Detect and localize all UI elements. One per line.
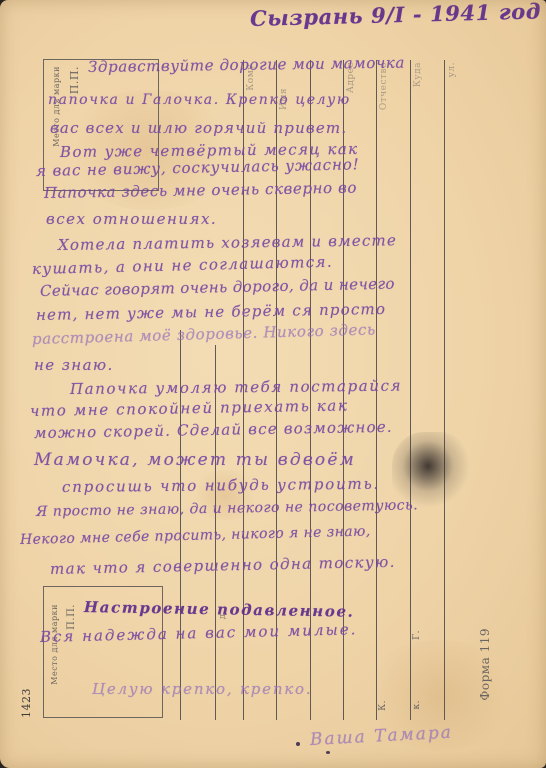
letter-line: Хотела платить хозяевам и вместе <box>58 231 397 254</box>
letter-line: можно скорей. Сделай все возможное. <box>34 418 393 442</box>
stamp-box-bottom-label-2: П.П. <box>66 604 77 630</box>
letter-line: Сейчас говорят очень дорого, да и нечего <box>40 275 395 300</box>
ruling-line <box>410 60 411 720</box>
letter-line: так что я совершенно одна тоскую. <box>50 553 396 578</box>
letter-line: расстроена моё здоровье. Никого здесь <box>32 320 376 348</box>
letter-line: не знаю. <box>34 356 114 374</box>
column-header: ул. <box>447 62 457 77</box>
catalog-number: 1423 <box>20 688 33 718</box>
letter-line: кушать, а они не соглашаются. <box>32 253 333 278</box>
stamp-box-top-label-2: П.П. <box>68 66 81 94</box>
bottom-mark: к. <box>412 700 422 710</box>
letter-line: Целую крепко, крепко. <box>92 680 312 698</box>
letter-line: Здравствуйте дорогие мои мамочка <box>88 54 405 76</box>
place-date-heading: Сызрань 9/I - 1941 год <box>250 0 542 31</box>
letter-line: что мне спокойней приехать как <box>30 396 349 420</box>
ink-dot <box>296 742 300 746</box>
postcard: Место для марки П.П. Место для марки П.П… <box>0 0 546 768</box>
letter-line: Мамочка, может ты вдвоём <box>34 450 356 470</box>
letter-line: Папочка умоляю тебя постарайся <box>70 377 402 398</box>
letter-line: нет, нет уже мы не берём ся просто <box>36 300 386 324</box>
form-label: Форма 119 <box>478 628 492 701</box>
letter-line: Я просто не знаю, да и некого не посовет… <box>36 497 418 520</box>
ruling-line <box>444 60 445 720</box>
bottom-mark: К. <box>378 700 388 711</box>
ink-dot <box>326 751 330 754</box>
letter-line: вас всех и шлю горячий привет. <box>50 119 347 137</box>
letter-line: Некого мне себе просить, никого я не зна… <box>20 523 371 548</box>
letter-line: папочка и Галочка. Крепко целую <box>48 92 351 108</box>
letter-line: спросишь что нибудь устроить. <box>62 475 380 496</box>
column-header: Куда <box>413 62 423 87</box>
letter-line: всех отношениях. <box>46 210 217 228</box>
bottom-mark: Г. <box>412 630 422 640</box>
